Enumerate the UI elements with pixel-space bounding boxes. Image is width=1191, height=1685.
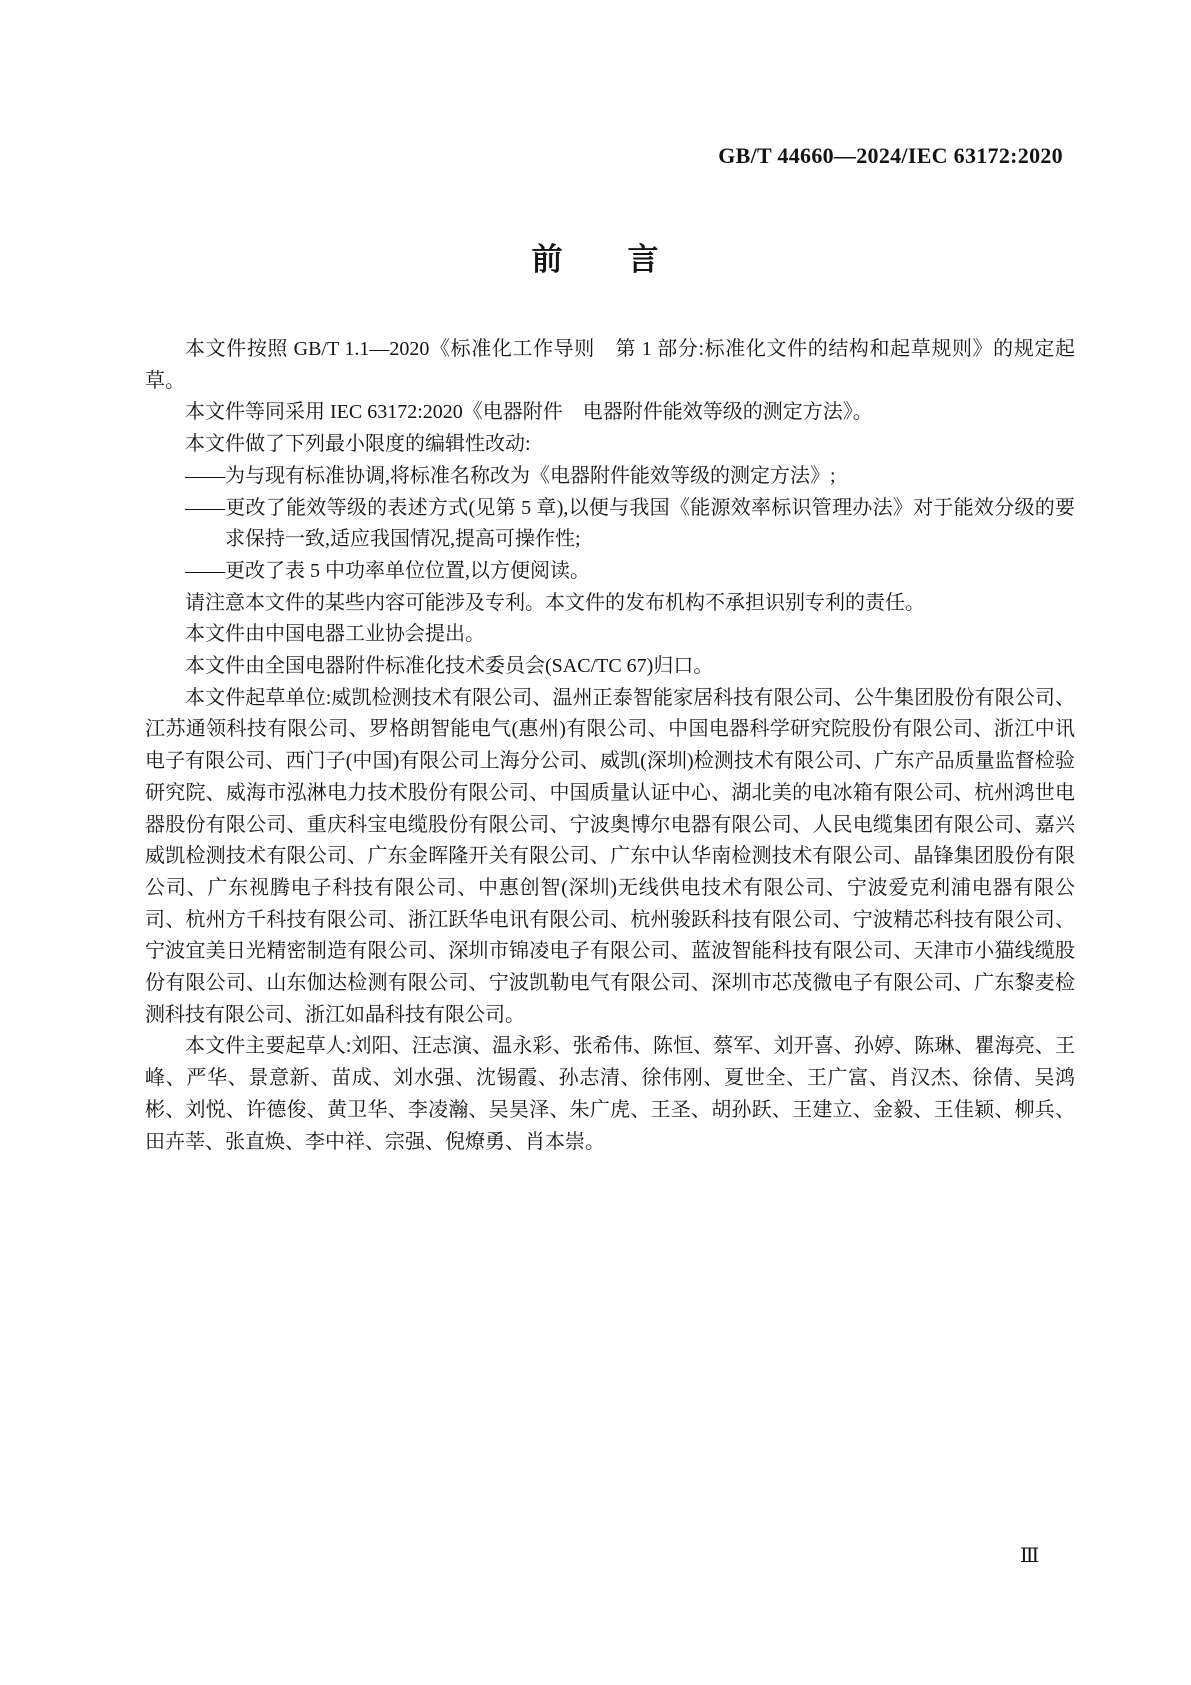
- paragraph-proposer: 本文件由中国电器工业协会提出。: [145, 619, 1075, 651]
- dash-item-efficiency-grade-expression: ——更改了能效等级的表述方式(见第 5 章),以便与我国《能源效率标识管理办法》…: [145, 493, 1075, 556]
- foreword-body: 本文件按照 GB/T 1.1—2020《标准化工作导则 第 1 部分:标准化文件…: [145, 334, 1075, 1158]
- document-page: GB/T 44660—2024/IEC 63172:2020 前 言 本文件按照…: [0, 0, 1191, 1685]
- page-number: Ⅲ: [1020, 1543, 1039, 1568]
- paragraph-identical-adoption: 本文件等同采用 IEC 63172:2020《电器附件 电器附件能效等级的测定方…: [145, 397, 1075, 429]
- paragraph-centralized-committee: 本文件由全国电器附件标准化技术委员会(SAC/TC 67)归口。: [145, 651, 1075, 683]
- standard-code-header: GB/T 44660—2024/IEC 63172:2020: [718, 143, 1063, 169]
- paragraph-drafting-organizations: 本文件起草单位:威凯检测技术有限公司、温州正泰智能家居科技有限公司、公牛集团股份…: [145, 683, 1075, 1032]
- paragraph-drafting-basis: 本文件按照 GB/T 1.1—2020《标准化工作导则 第 1 部分:标准化文件…: [145, 334, 1075, 397]
- dash-item-standard-name-change: ——为与现有标准协调,将标准名称改为《电器附件能效等级的测定方法》;: [145, 461, 1075, 493]
- paragraph-patent-notice: 请注意本文件的某些内容可能涉及专利。本文件的发布机构不承担识别专利的责任。: [145, 588, 1075, 620]
- paragraph-editorial-changes-intro: 本文件做了下列最小限度的编辑性改动:: [145, 429, 1075, 461]
- dash-item-table5-power-unit: ——更改了表 5 中功率单位位置,以方便阅读。: [145, 556, 1075, 588]
- page-title: 前 言: [0, 234, 1191, 279]
- paragraph-main-drafters: 本文件主要起草人:刘阳、汪志演、温永彩、张希伟、陈恒、蔡军、刘开喜、孙婷、陈琳、…: [145, 1031, 1075, 1158]
